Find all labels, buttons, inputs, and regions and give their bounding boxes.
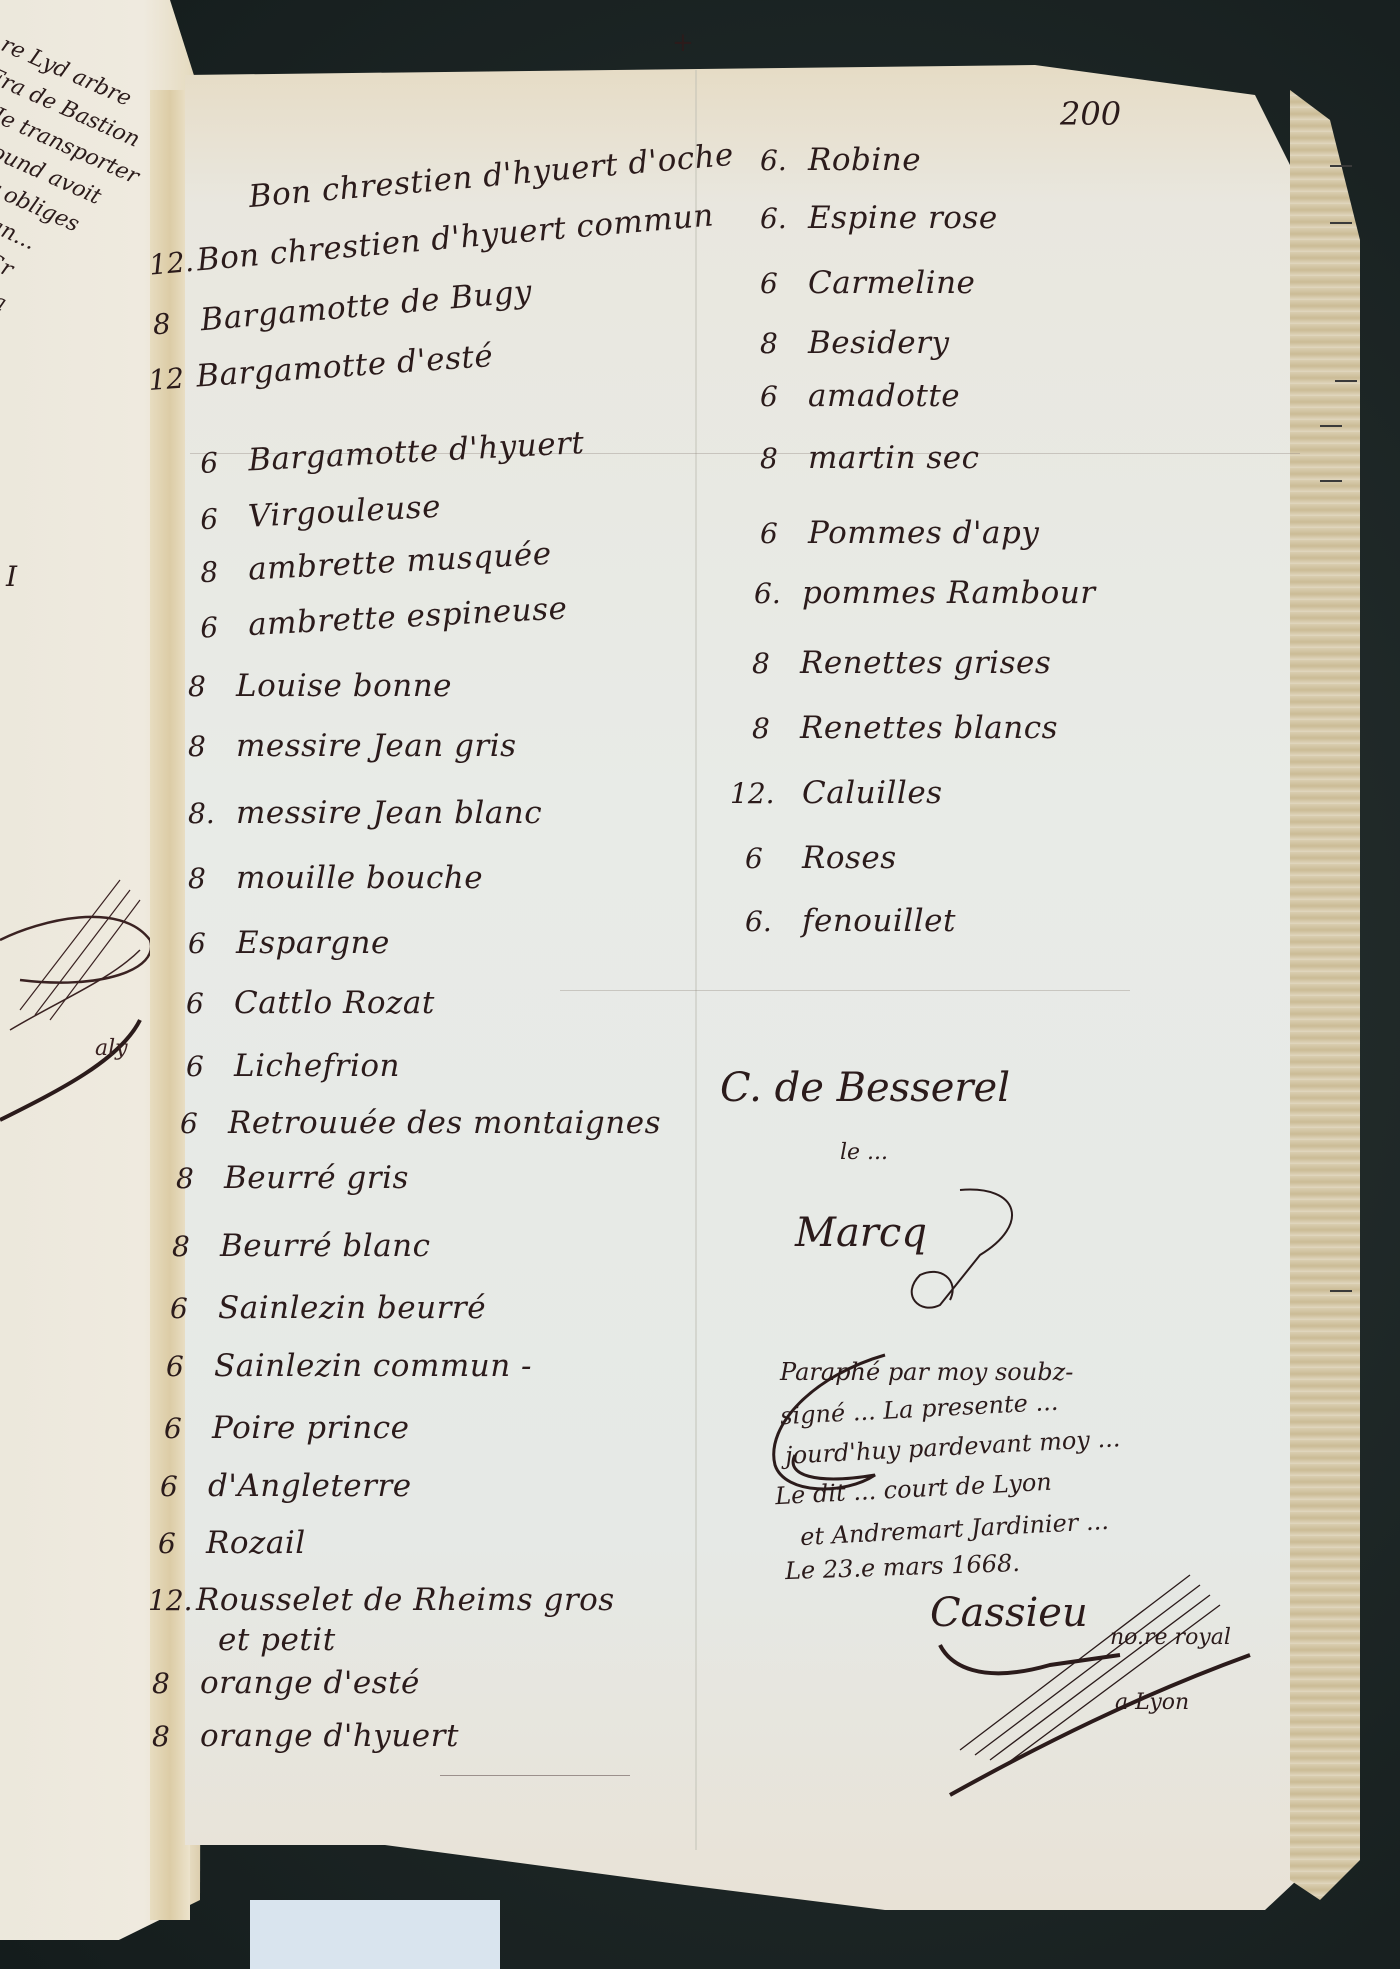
entry-quantity: 6 <box>186 987 234 1020</box>
entry-quantity: 6 <box>199 609 249 644</box>
entry-name: Retrouuée des montaignes <box>228 1105 661 1141</box>
list-item: 6 d'Angleterre <box>160 1468 412 1504</box>
entry-quantity: 6 <box>199 501 249 536</box>
entry-quantity: 6 <box>166 1350 214 1383</box>
entry-name: amadotte <box>808 378 960 414</box>
entry-name: Besidery <box>808 325 949 361</box>
entry-quantity: 8. <box>188 797 236 830</box>
list-item: 6 Sainlezin beurré <box>170 1290 486 1326</box>
entry-name: Cattlo Rozat <box>234 985 435 1021</box>
edge-tick <box>1330 1290 1352 1292</box>
left-margin-mark: I <box>6 560 17 593</box>
list-item: 8. messire Jean blanc <box>188 795 542 831</box>
entry-quantity: 6 <box>760 517 808 550</box>
list-item: 6 Cattlo Rozat <box>186 985 435 1021</box>
entry-quantity: 12. <box>148 1584 196 1617</box>
list-item: 6 Pommes d'apy <box>760 515 1039 551</box>
signature-flourish-icon <box>920 1545 1280 1805</box>
entry-name: Roses <box>802 840 897 876</box>
entry-name: Espine rose <box>808 200 998 236</box>
top-mark: + <box>672 28 694 58</box>
flourish-icon <box>880 1185 1040 1315</box>
entry-name: Sainlezin beurré <box>218 1290 486 1326</box>
entry-name: Caluilles <box>802 775 943 811</box>
entry-name: Pommes d'apy <box>808 515 1039 551</box>
list-item: 6 Carmeline <box>760 265 975 301</box>
entry-name: martin sec <box>808 440 980 476</box>
list-item: 8 messire Jean gris <box>188 728 517 764</box>
entry-quantity: 8 <box>752 647 800 680</box>
entry-quantity: 6 <box>188 927 236 960</box>
entry-quantity: 6. <box>754 577 802 610</box>
list-item: 6 Retrouuée des montaignes <box>180 1105 661 1141</box>
entry-quantity: 6 <box>164 1412 212 1445</box>
entry-quantity: 8 <box>152 1720 200 1753</box>
entry-quantity: 6 <box>180 1107 228 1140</box>
entry-quantity: 12. <box>148 245 199 282</box>
entry-quantity: 12. <box>730 777 802 810</box>
list-item: 8 Renettes grises <box>752 645 1051 681</box>
entry-name: Rozail <box>206 1525 306 1561</box>
entry-quantity: 6 <box>158 1527 206 1560</box>
list-item: 8 Beurré blanc <box>172 1228 431 1264</box>
edge-tick <box>1330 222 1352 224</box>
list-item: 6 Rozail <box>158 1525 306 1561</box>
entry-name: mouille bouche <box>236 860 483 896</box>
entry-name: messire Jean gris <box>236 728 517 764</box>
entry-quantity: 8 <box>199 554 249 589</box>
entry-name: Espargne <box>236 925 390 961</box>
left-page-text: ...re Lyd arbre ...Fra de Bastion ...d J… <box>0 20 164 470</box>
list-item: 8 orange d'hyuert <box>152 1718 459 1754</box>
entry-quantity: 8 <box>176 1162 224 1195</box>
entry-quantity: 6 <box>760 267 808 300</box>
entry-quantity: 12 <box>147 361 197 397</box>
entry-quantity: 8 <box>188 862 236 895</box>
entry-name: orange d'hyuert <box>200 1718 459 1754</box>
entry-quantity: 8 <box>760 442 808 475</box>
entry-quantity: 8 <box>152 1667 200 1700</box>
background-gap <box>250 1900 500 1969</box>
entry-name-continuation: et petit <box>218 1622 336 1658</box>
signature-besserel: C. de Besserel <box>720 1065 1010 1111</box>
list-item: 6. fenouillet <box>745 903 956 939</box>
signature-subline: le ... <box>840 1140 888 1165</box>
entry-name: Lichefrion <box>234 1048 400 1084</box>
signature-flourish-icon: aly <box>0 830 170 1130</box>
entry-quantity: 8 <box>752 712 800 745</box>
edge-tick <box>1320 480 1342 482</box>
paraphe-initial-icon <box>755 1335 895 1535</box>
edge-tick <box>1335 380 1357 382</box>
entry-name: Robine <box>808 142 921 178</box>
entry-name: Poire prince <box>212 1410 409 1446</box>
list-item: 6 Lichefrion <box>186 1048 400 1084</box>
entry-name: Sainlezin commun - <box>214 1348 532 1384</box>
folio-number: 200 <box>1060 95 1121 133</box>
entry-quantity: 6 <box>745 842 802 875</box>
entry-name: fenouillet <box>802 903 956 939</box>
entry-quantity: 6 <box>170 1292 218 1325</box>
ruled-line <box>440 1775 630 1776</box>
list-item: et petit <box>218 1622 336 1658</box>
entry-name: Renettes grises <box>800 645 1051 681</box>
entry-quantity: 6 <box>199 445 249 480</box>
entry-name: pommes Rambour <box>802 575 1096 611</box>
entry-name: messire Jean blanc <box>236 795 542 831</box>
entry-name: Louise bonne <box>236 668 452 704</box>
page-edges <box>1290 60 1360 1900</box>
entry-name: Beurré gris <box>224 1160 409 1196</box>
entry-quantity: 8 <box>188 730 236 763</box>
list-item: 8 mouille bouche <box>188 860 483 896</box>
entry-name: Rousselet de Rheims gros <box>196 1582 615 1618</box>
entry-name: Beurré blanc <box>220 1228 431 1264</box>
entry-quantity: 8 <box>188 670 236 703</box>
list-item: 6 amadotte <box>760 378 960 414</box>
svg-text:aly: aly <box>95 1036 128 1061</box>
entry-name: orange d'esté <box>200 1665 420 1701</box>
list-item: 6 Roses <box>745 840 897 876</box>
list-item: 8 orange d'esté <box>152 1665 420 1701</box>
list-item: 6 Poire prince <box>164 1410 409 1446</box>
list-item: 8 Besidery <box>760 325 949 361</box>
page-fold <box>695 70 697 1850</box>
ruled-line <box>560 990 1130 991</box>
entry-quantity: 6. <box>745 905 802 938</box>
edge-tick <box>1330 165 1352 167</box>
list-item: 12. Rousselet de Rheims gros <box>148 1582 615 1618</box>
entry-quantity: 6. <box>760 144 808 177</box>
entry-quantity: 8 <box>151 304 202 341</box>
list-item: 8 Louise bonne <box>188 668 452 704</box>
entry-quantity: 6. <box>760 202 808 235</box>
list-item: 8 Renettes blancs <box>752 710 1058 746</box>
list-item: 12. Caluilles <box>730 775 943 811</box>
entry-quantity: 6 <box>186 1050 234 1083</box>
list-item: 6. Robine <box>760 142 921 178</box>
list-item: 6. Espine rose <box>760 200 998 236</box>
entry-quantity: 6 <box>760 380 808 413</box>
list-item: 6 Sainlezin commun - <box>166 1348 532 1384</box>
entry-name: d'Angleterre <box>208 1468 412 1504</box>
list-item: 8 Beurré gris <box>176 1160 409 1196</box>
entry-quantity: 6 <box>160 1470 208 1503</box>
entry-name: Carmeline <box>808 265 975 301</box>
entry-quantity: 8 <box>172 1230 220 1263</box>
list-item: 6 Espargne <box>188 925 390 961</box>
edge-tick <box>1320 425 1342 427</box>
entry-quantity <box>202 207 250 211</box>
entry-name: Renettes blancs <box>800 710 1058 746</box>
entry-quantity: 8 <box>760 327 808 360</box>
list-item: 6. pommes Rambour <box>754 575 1096 611</box>
list-item: 8 martin sec <box>760 440 980 476</box>
